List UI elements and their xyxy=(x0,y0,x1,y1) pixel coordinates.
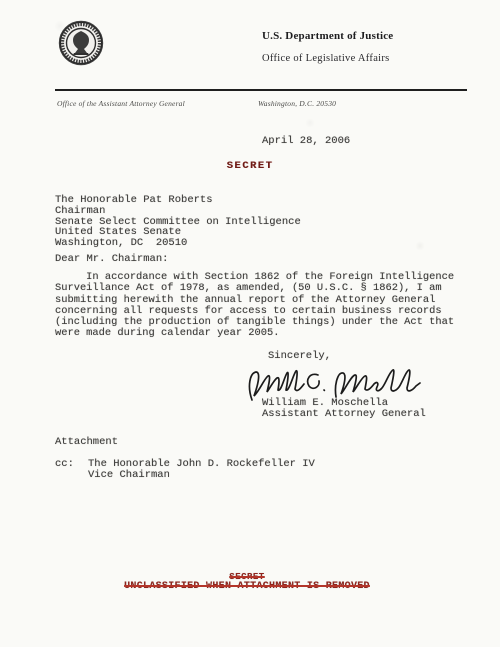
cc-recipient-title: Vice Chairman xyxy=(88,470,170,481)
doj-seal-icon xyxy=(58,20,104,66)
cc-label: cc: xyxy=(55,459,74,470)
salutation: Dear Mr. Chairman: xyxy=(55,254,168,265)
office-name: Office of Legislative Affairs xyxy=(262,53,390,64)
footer-handling-caveat-struck: UNCLASSIFIED WHEN ATTACHMENT IS REMOVED xyxy=(0,581,494,592)
body-paragraph: In accordance with Section 1862 of the F… xyxy=(55,272,454,340)
classification-stamp: SECRET xyxy=(0,161,500,172)
letter-date: April 28, 2006 xyxy=(262,136,350,147)
signer-title: Assistant Attorney General xyxy=(262,409,426,420)
letter-page: U.S. Department of Justice Office of Leg… xyxy=(0,0,500,647)
letterhead-city-line: Washington, D.C. 20530 xyxy=(258,99,336,108)
attachment-note: Attachment xyxy=(55,437,118,448)
letterhead-office-line: Office of the Assistant Attorney General xyxy=(57,99,185,108)
letterhead-divider xyxy=(55,89,467,91)
closing: Sincerely, xyxy=(268,351,331,362)
agency-name: U.S. Department of Justice xyxy=(262,30,393,42)
recipient-address-block: The Honorable Pat Roberts Chairman Senat… xyxy=(55,195,301,249)
